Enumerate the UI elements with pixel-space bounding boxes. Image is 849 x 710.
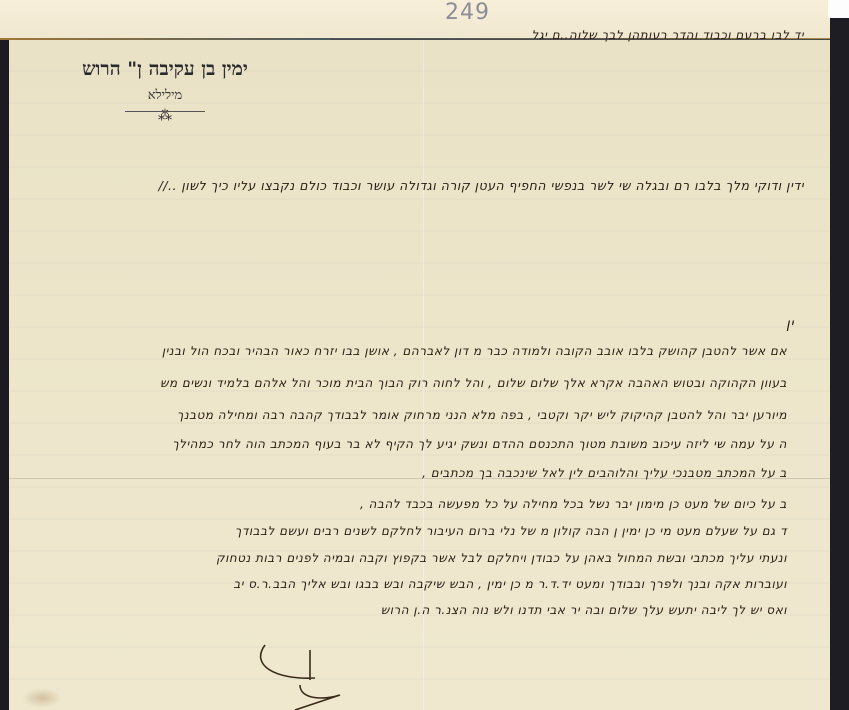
signature-flourish [255,640,375,710]
letterhead-city: מילילא [55,87,275,103]
body-line-9: ועוברות אקה ובנך ולפרך ובבודך ומעט יד.ד.… [233,577,787,591]
body-line-0: ין [786,316,794,332]
body-line-4: ה על עמה שי ליזה עיכוב משובת מטוך התכנסם… [172,437,787,451]
body-line-10: ואס יש לך ליבה יתעש עלך שלום ובה יר אבי … [381,603,787,617]
scanner-edge-top-right [828,0,849,18]
letterhead-name: ימין בן עקיבה ן" הרוש [55,58,275,81]
body-line-1: אם אשר להטבן קהושק בלבו אובב הקובה ולמוד… [162,344,787,358]
archive-page-number: 249 [445,0,490,25]
body-line-3: מיורען יבר והל להטבן קהיקוק ליש יקר וקטב… [177,408,787,422]
body-line-6: ב על כיום של מעט כן מימון יבר נשל בכל מח… [360,497,787,511]
body-line-8: ונעתי עליך מכתבי ובשת המחול באהן על כבוד… [216,551,787,565]
paper-stain [22,688,62,708]
body-line-2: בעוון הקהוקה ובטוש האהבה אקרא אלך שלום ש… [160,376,787,390]
salutation-line: ידין ודוקי מלך בלבו רם ובגלה שי לשר בנפש… [159,178,804,193]
body-line-7: ד גם על שעלם מעט מי כן ימין ן הבה קולון … [235,524,787,538]
body-line-5: ב על המכתב מטבנכי עליך והלוהבים לין לאל … [422,466,787,480]
scanner-bed-left [0,38,9,710]
top-annotation-underline [330,39,830,40]
scanner-bed-right [830,18,849,710]
letterhead-rule [125,111,205,112]
letterhead: ימין בן עקיבה ן" הרוש מילילא ⁂ [55,58,275,124]
